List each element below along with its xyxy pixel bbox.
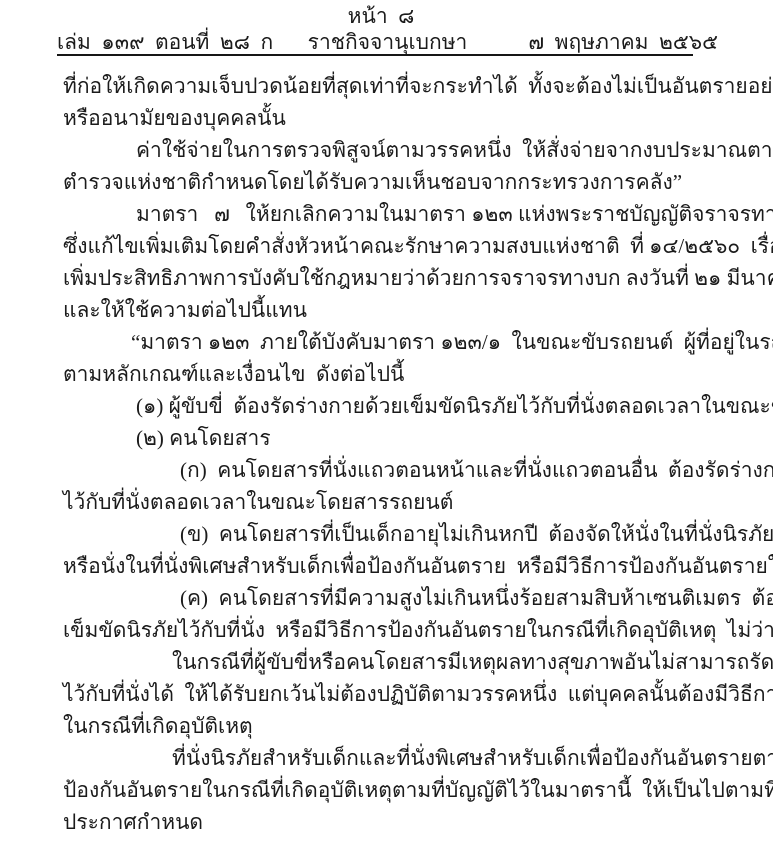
gazette-page-number: หน้า ๘ xyxy=(57,3,705,29)
document-line: ตำรวจแห่งชาติกำหนดโดยได้รับความเห็นชอบจา… xyxy=(63,166,745,198)
document-line: ประกาศกำหนด xyxy=(63,806,745,838)
document-line: และให้ใช้ความต่อไปนี้แทน xyxy=(63,294,745,326)
document-line: ไว้กับที่นั่งได้ ให้ได้รับยกเว้นไม่ต้องป… xyxy=(63,678,745,710)
document-line: (ข) คนโดยสารที่เป็นเด็กอายุไม่เกินหกปี ต… xyxy=(180,518,745,550)
document-line: เพิ่มประสิทธิภาพการบังคับใช้กฎหมายว่าด้ว… xyxy=(63,262,745,294)
document-line: ซึ่งแก้ไขเพิ่มเติมโดยคำสั่งหัวหน้าคณะรัก… xyxy=(63,230,745,262)
document-line: ที่ก่อให้เกิดความเจ็บปวดน้อยที่สุดเท่าที… xyxy=(63,70,745,102)
document-line: ไว้กับที่นั่งตลอดเวลาในขณะโดยสารรถยนต์ xyxy=(63,486,745,518)
document-line: (๒) คนโดยสาร xyxy=(136,422,745,454)
document-line: (ก) คนโดยสารที่นั่งแถวตอนหน้าและที่นั่งแ… xyxy=(180,454,745,486)
document-body: ที่ก่อให้เกิดความเจ็บปวดน้อยที่สุดเท่าที… xyxy=(63,70,745,838)
gazette-date: ๗ พฤษภาคม ๒๕๖๕ xyxy=(528,29,718,55)
document-line: (ค) คนโดยสารที่มีความสูงไม่เกินหนึ่งร้อย… xyxy=(180,582,745,614)
document-line: ที่นั่งนิรภัยสำหรับเด็กและที่นั่งพิเศษสำ… xyxy=(172,742,745,774)
document-line: (๑) ผู้ขับขี่ ต้องรัดร่างกายด้วยเข็มขัดน… xyxy=(136,390,745,422)
document-line: ในกรณีที่ผู้ขับขี่หรือคนโดยสารมีเหตุผลทา… xyxy=(172,646,745,678)
document-line: เข็มขัดนิรภัยไว้กับที่นั่ง หรือมีวิธีการ… xyxy=(63,614,745,646)
header-divider xyxy=(57,54,693,56)
document-line: ป้องกันอันตรายในกรณีที่เกิดอุบัติเหตุตาม… xyxy=(63,774,745,806)
gazette-page: หน้า ๘ เล่ม ๑๓๙ ตอนที่ ๒๘ ก ราชกิจจานุเบ… xyxy=(0,0,773,841)
document-line: ตามหลักเกณฑ์และเงื่อนไข ดังต่อไปนี้ xyxy=(63,358,745,390)
document-line: “มาตรา ๑๒๓ ภายใต้บังคับมาตรา ๑๒๓/๑ ในขณะ… xyxy=(131,326,745,358)
document-line: มาตรา ๗ ให้ยกเลิกความในมาตรา ๑๒๓ แห่งพระ… xyxy=(136,198,745,230)
gazette-header-row: เล่ม ๑๓๙ ตอนที่ ๒๘ ก ราชกิจจานุเบกษา ๗ พ… xyxy=(57,29,718,55)
document-line: หรืออนามัยของบุคคลนั้น xyxy=(63,102,745,134)
document-line: ค่าใช้จ่ายในการตรวจพิสูจน์ตามวรรคหนึ่ง ใ… xyxy=(136,134,745,166)
document-line: หรือนั่งในที่นั่งพิเศษสำหรับเด็กเพื่อป้อ… xyxy=(63,550,745,582)
document-line: ในกรณีที่เกิดอุบัติเหตุ xyxy=(63,710,745,742)
